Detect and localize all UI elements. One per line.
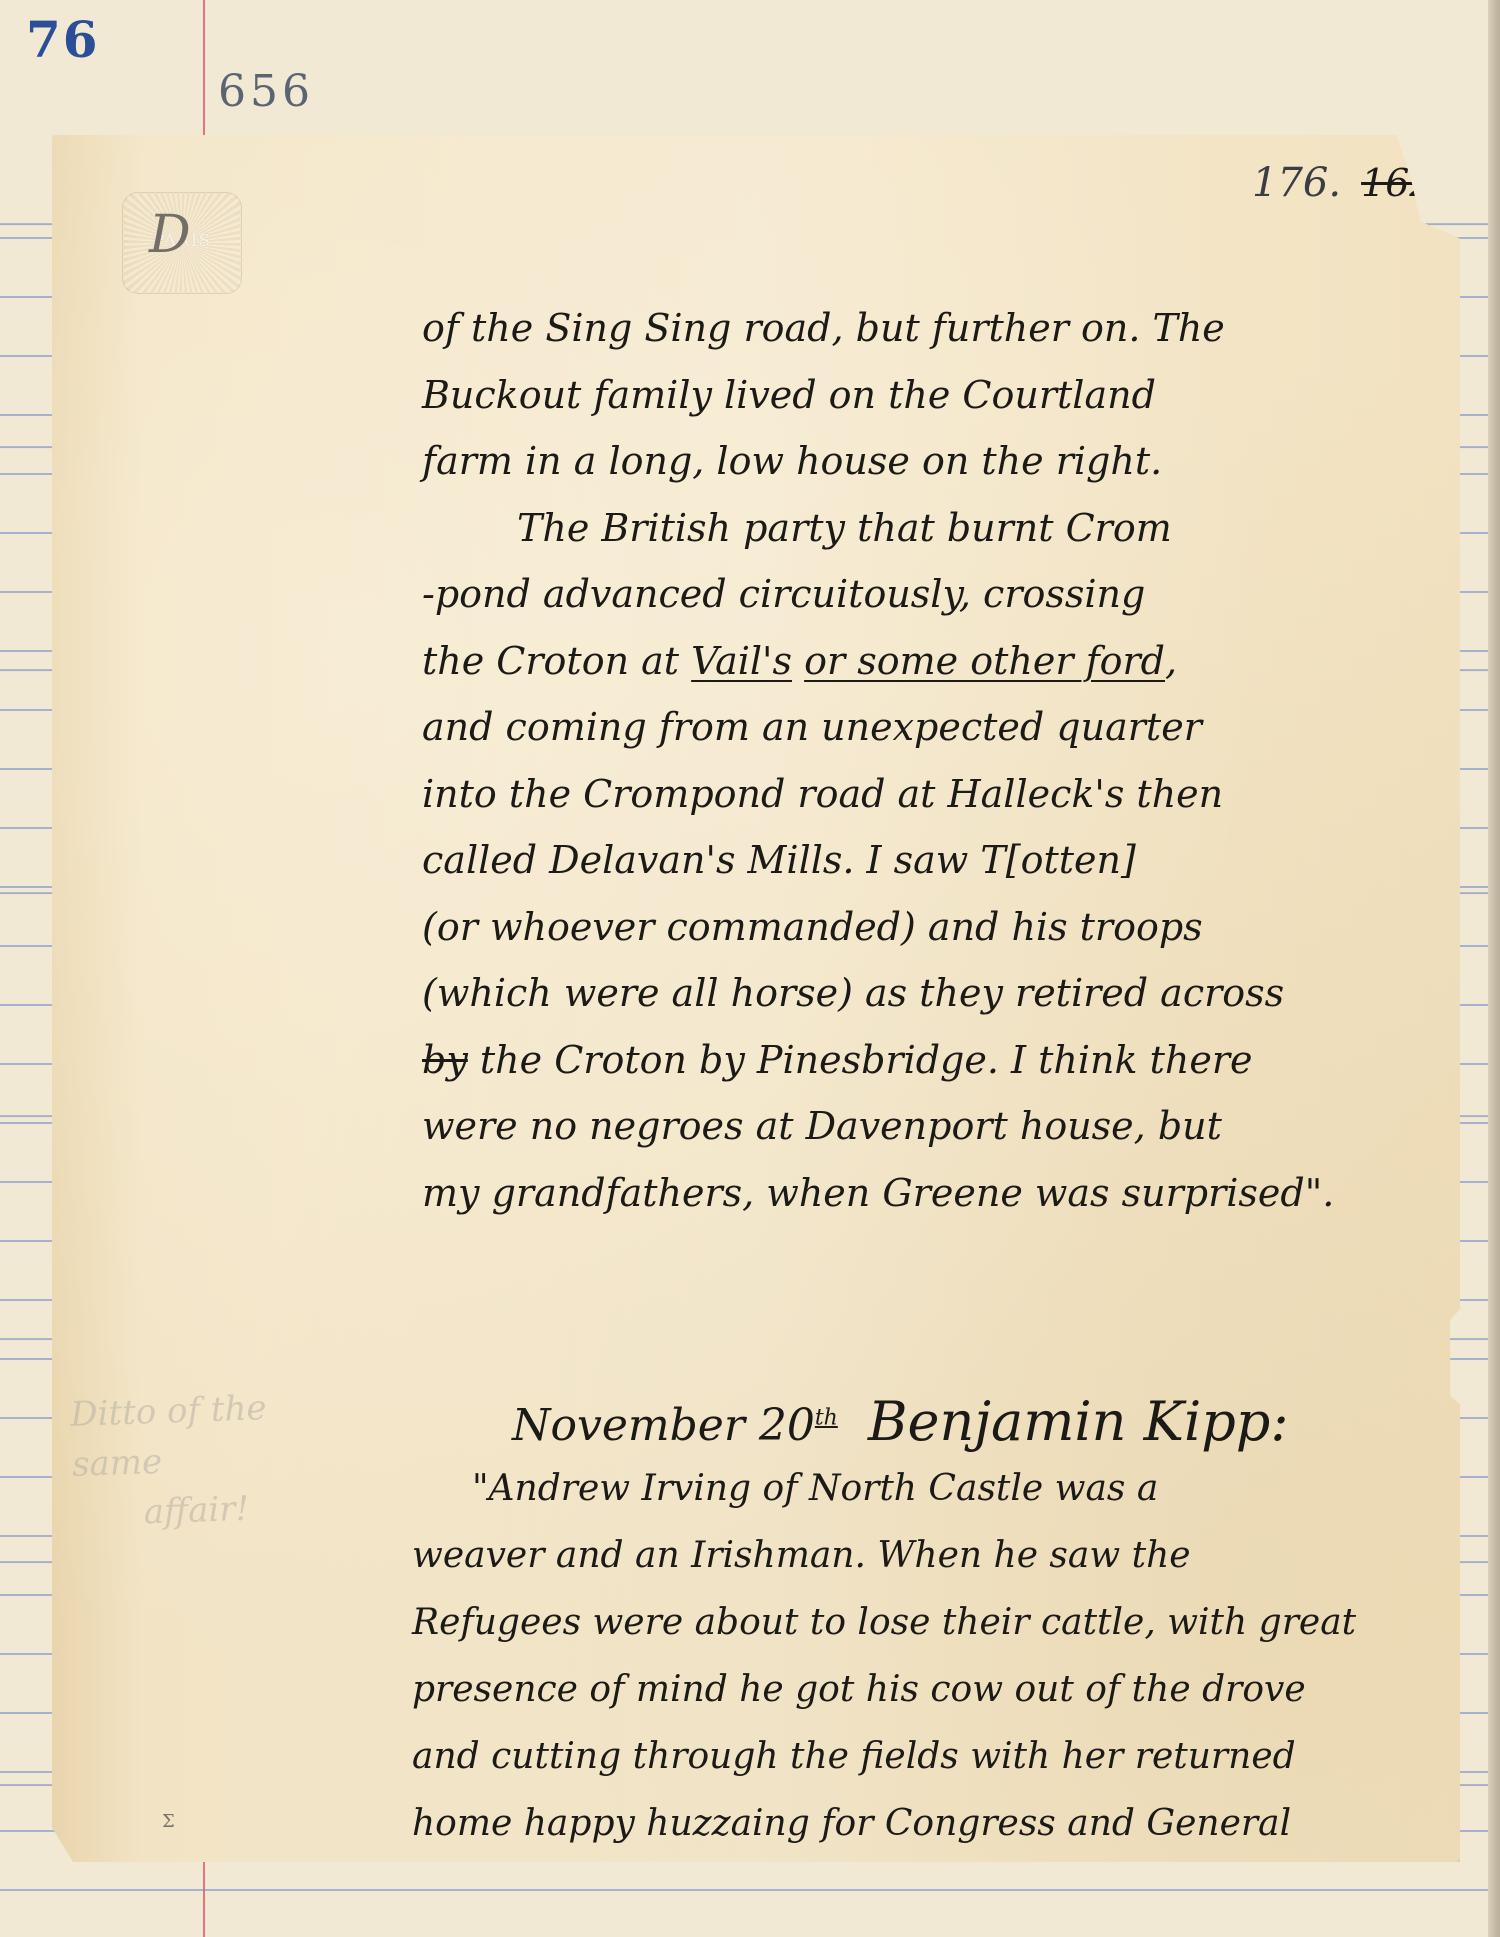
text-line: and coming from an unexpected quarter (422, 694, 1472, 761)
text-line: (which were all horse) as they retired a… (422, 960, 1472, 1027)
interviewee-name: Benjamin Kipp: (868, 1390, 1289, 1453)
text-line: and cutting through the fields with her … (412, 1723, 1472, 1790)
entry-date: November 20 (512, 1400, 815, 1451)
corner-pencil-mark: Σ (162, 1811, 175, 1832)
text-line: home happy huzzaing for Congress and Gen… (412, 1790, 1472, 1857)
text-line: weaver and an Irishman. When he saw the (412, 1522, 1472, 1589)
stamped-ledger-number: 76 (26, 10, 100, 69)
pencil-note-line: Ditto of the same (69, 1380, 352, 1490)
ledger-page-number: 656 (218, 66, 314, 117)
text-line: (or whoever commanded) and his troops (422, 894, 1472, 961)
text-line: The British party that burnt Crom (422, 495, 1472, 562)
text-fragment (792, 639, 804, 683)
folio-number: 176.162 (1252, 160, 1434, 206)
text-line-underlined: the Croton at Vail's or some other ford, (422, 628, 1472, 695)
text-fragment: the Croton by Pinesbridge. I think there (480, 1038, 1253, 1082)
text-line: were no negroes at Davenport house, but (422, 1093, 1472, 1160)
manuscript-sheet: PARIS D 176.162 Ditto of the same affair… (52, 135, 1460, 1862)
text-fragment: , (1165, 639, 1177, 683)
entry-heading: November 20thBenjamin Kipp: (512, 1390, 1289, 1453)
underlined-text: or some other ford (804, 639, 1165, 683)
entry-body: "Andrew Irving of North Castle was a wea… (412, 1455, 1472, 1857)
binding-edge (1488, 0, 1500, 1937)
text-line: Buckout family lived on the Courtland (422, 362, 1472, 429)
text-line: "Andrew Irving of North Castle was a (412, 1455, 1472, 1522)
text-fragment: the Croton at (422, 639, 691, 683)
text-line: called Delavan's Mills. I saw T[otten] (422, 827, 1472, 894)
text-line: -pond advanced circuitously, crossing (422, 561, 1472, 628)
entry-date-suffix: th (815, 1405, 838, 1430)
folio-current: 176. (1252, 160, 1341, 206)
text-line: Refugees were about to lose their cattle… (412, 1589, 1472, 1656)
manuscript-body: of the Sing Sing road, but further on. T… (422, 295, 1472, 1226)
text-line: my grandfathers, when Greene was surpris… (422, 1160, 1472, 1227)
pencil-note-line: affair! (73, 1480, 355, 1540)
underlined-text: Vail's (691, 639, 792, 683)
text-line: of the Sing Sing road, but further on. T… (422, 295, 1472, 362)
text-line: presence of mind he got his cow out of t… (412, 1656, 1472, 1723)
struck-word: by (422, 1038, 468, 1082)
embossed-paper-stamp-icon: PARIS D (122, 192, 242, 294)
text-line: into the Crompond road at Halleck's then (422, 761, 1472, 828)
margin-pencil-note: Ditto of the same affair! (69, 1380, 354, 1540)
pencil-mark: D (149, 205, 191, 265)
text-line-with-strike: by the Croton by Pinesbridge. I think th… (422, 1027, 1472, 1094)
text-line: farm in a long, low house on the right. (422, 428, 1472, 495)
